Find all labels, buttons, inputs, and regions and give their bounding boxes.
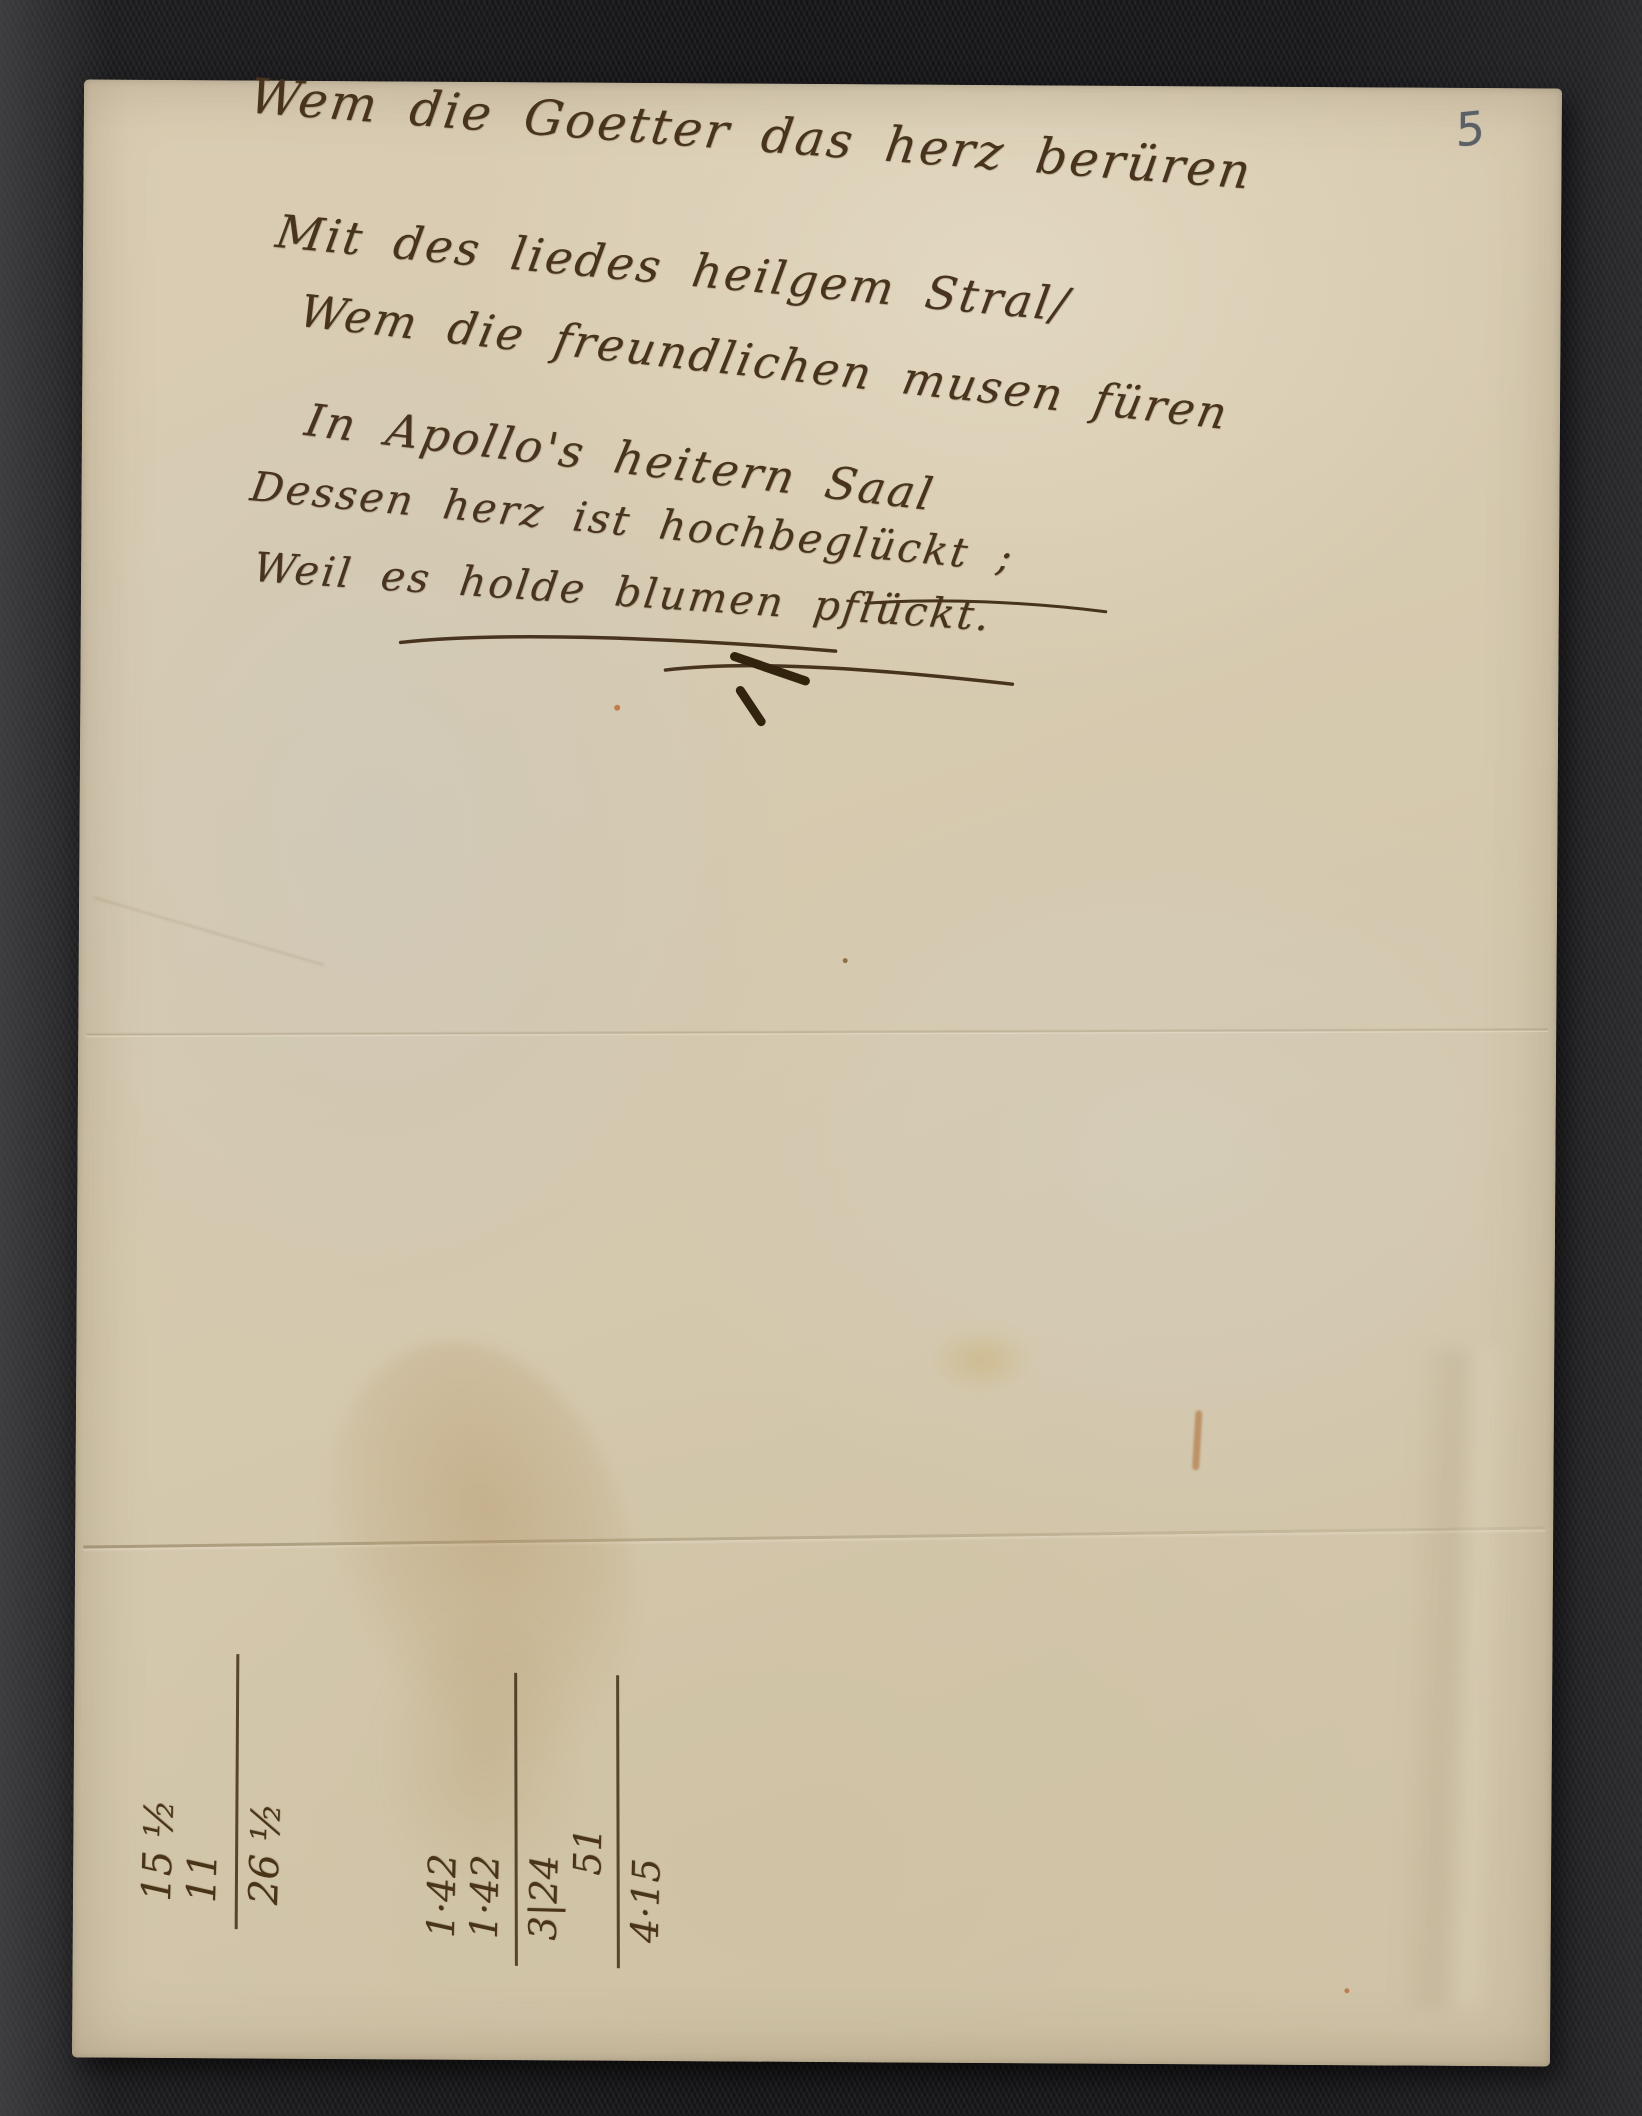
- calc1-sum: 26 ½: [241, 1679, 293, 1905]
- flourish-strike-icon: [380, 586, 1121, 731]
- calc2-result: 4·15: [624, 1702, 672, 1943]
- calc2-division-1: 3|24: [522, 1700, 570, 1941]
- calc2-addend-1: 1·42: [420, 1698, 468, 1939]
- paper-wrinkle: [1394, 1347, 1510, 2010]
- calculation-group-1: 15 ½ 11 26 ½: [135, 1676, 294, 1906]
- photograph-of-manuscript: { "photo": { "background_color": "#16161…: [0, 0, 1642, 2116]
- ink-speck: [614, 705, 620, 711]
- calculation-group-2: 1·42 1·42 3|24 51 4·15: [420, 1698, 672, 1944]
- ink-speck: [843, 958, 848, 963]
- rust-speck: [1344, 1988, 1349, 1993]
- calc2-result-line: [616, 1676, 620, 1969]
- calc2-sum-line: [514, 1673, 518, 1966]
- rust-streak: [1192, 1410, 1202, 1470]
- manuscript-page: Wem die Goetter das herz berüren Mit des…: [72, 80, 1562, 2067]
- fold-crease-lower: [83, 1526, 1545, 1548]
- fold-crease-diagonal: [93, 897, 324, 966]
- calc1-addend-2: 11: [180, 1677, 232, 1903]
- page-number: 5: [1456, 100, 1485, 157]
- stain-yellow: [926, 1325, 1036, 1396]
- calc2-division-2: 51: [566, 1701, 613, 1876]
- poem-line-1: Wem die Goetter das herz berüren: [246, 68, 1256, 201]
- fold-crease-upper: [86, 1027, 1548, 1037]
- calc1-sum-line: [234, 1654, 239, 1929]
- calc2-addend-2: 1·42: [462, 1699, 510, 1940]
